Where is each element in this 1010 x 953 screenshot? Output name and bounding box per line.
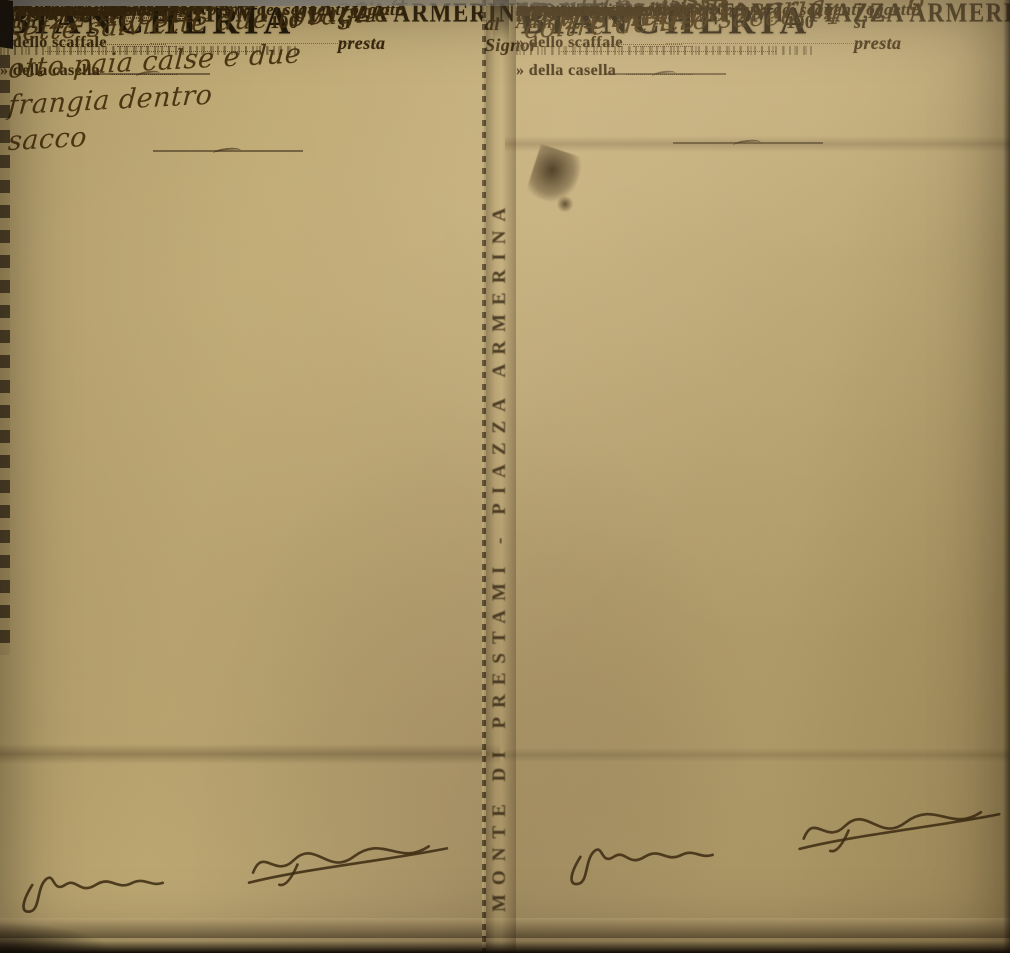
- pawn-ticket-left: N. Bolletta N. 2526 MONTE DI PRESTAMI - …: [0, 0, 485, 953]
- background-bottom-strip: [0, 941, 1010, 953]
- crease: [0, 744, 500, 764]
- center-stub-spine: MONTE DI PRESTAMI - PIAZZA ARMERINA: [484, 0, 516, 953]
- title-divider-ornament: [153, 150, 303, 152]
- background-corner-top-left: [0, 0, 13, 49]
- background-corner-bottom-left: [0, 923, 110, 953]
- squiggle-divider: [606, 73, 726, 75]
- apprezzatore-signature: [18, 856, 176, 918]
- left-edge-stub-text-fragments: [0, 55, 10, 655]
- ink-blot: [525, 144, 585, 208]
- photograph-of-pawn-tickets: N. Bolletta N. 2526 MONTE DI PRESTAMI - …: [0, 0, 1010, 953]
- perforated-edge: [482, 0, 486, 953]
- lire-label: L.: [868, 2, 885, 23]
- pawn-ticket-right: N. Bolletta N. 916 MONTE DI PRESTAMI - P…: [516, 0, 1010, 953]
- right-edge-shadow: [1003, 0, 1010, 953]
- conservatore-signature: [245, 834, 457, 890]
- dotted-line: [666, 24, 896, 44]
- item-text-handwritten: sacco: [7, 122, 88, 157]
- title-divider-ornament: [673, 142, 823, 144]
- conservatore-signature: [790, 800, 1010, 856]
- background-top-strip: [0, 0, 760, 6]
- apprezzatore-signature: [560, 828, 732, 890]
- spine-vertical-text: MONTE DI PRESTAMI - PIAZZA ARMERINA: [489, 199, 511, 912]
- lire-amount-handwritten: 6: [907, 0, 928, 18]
- ink-blot-small: [556, 196, 574, 212]
- dotted-line: [150, 24, 380, 44]
